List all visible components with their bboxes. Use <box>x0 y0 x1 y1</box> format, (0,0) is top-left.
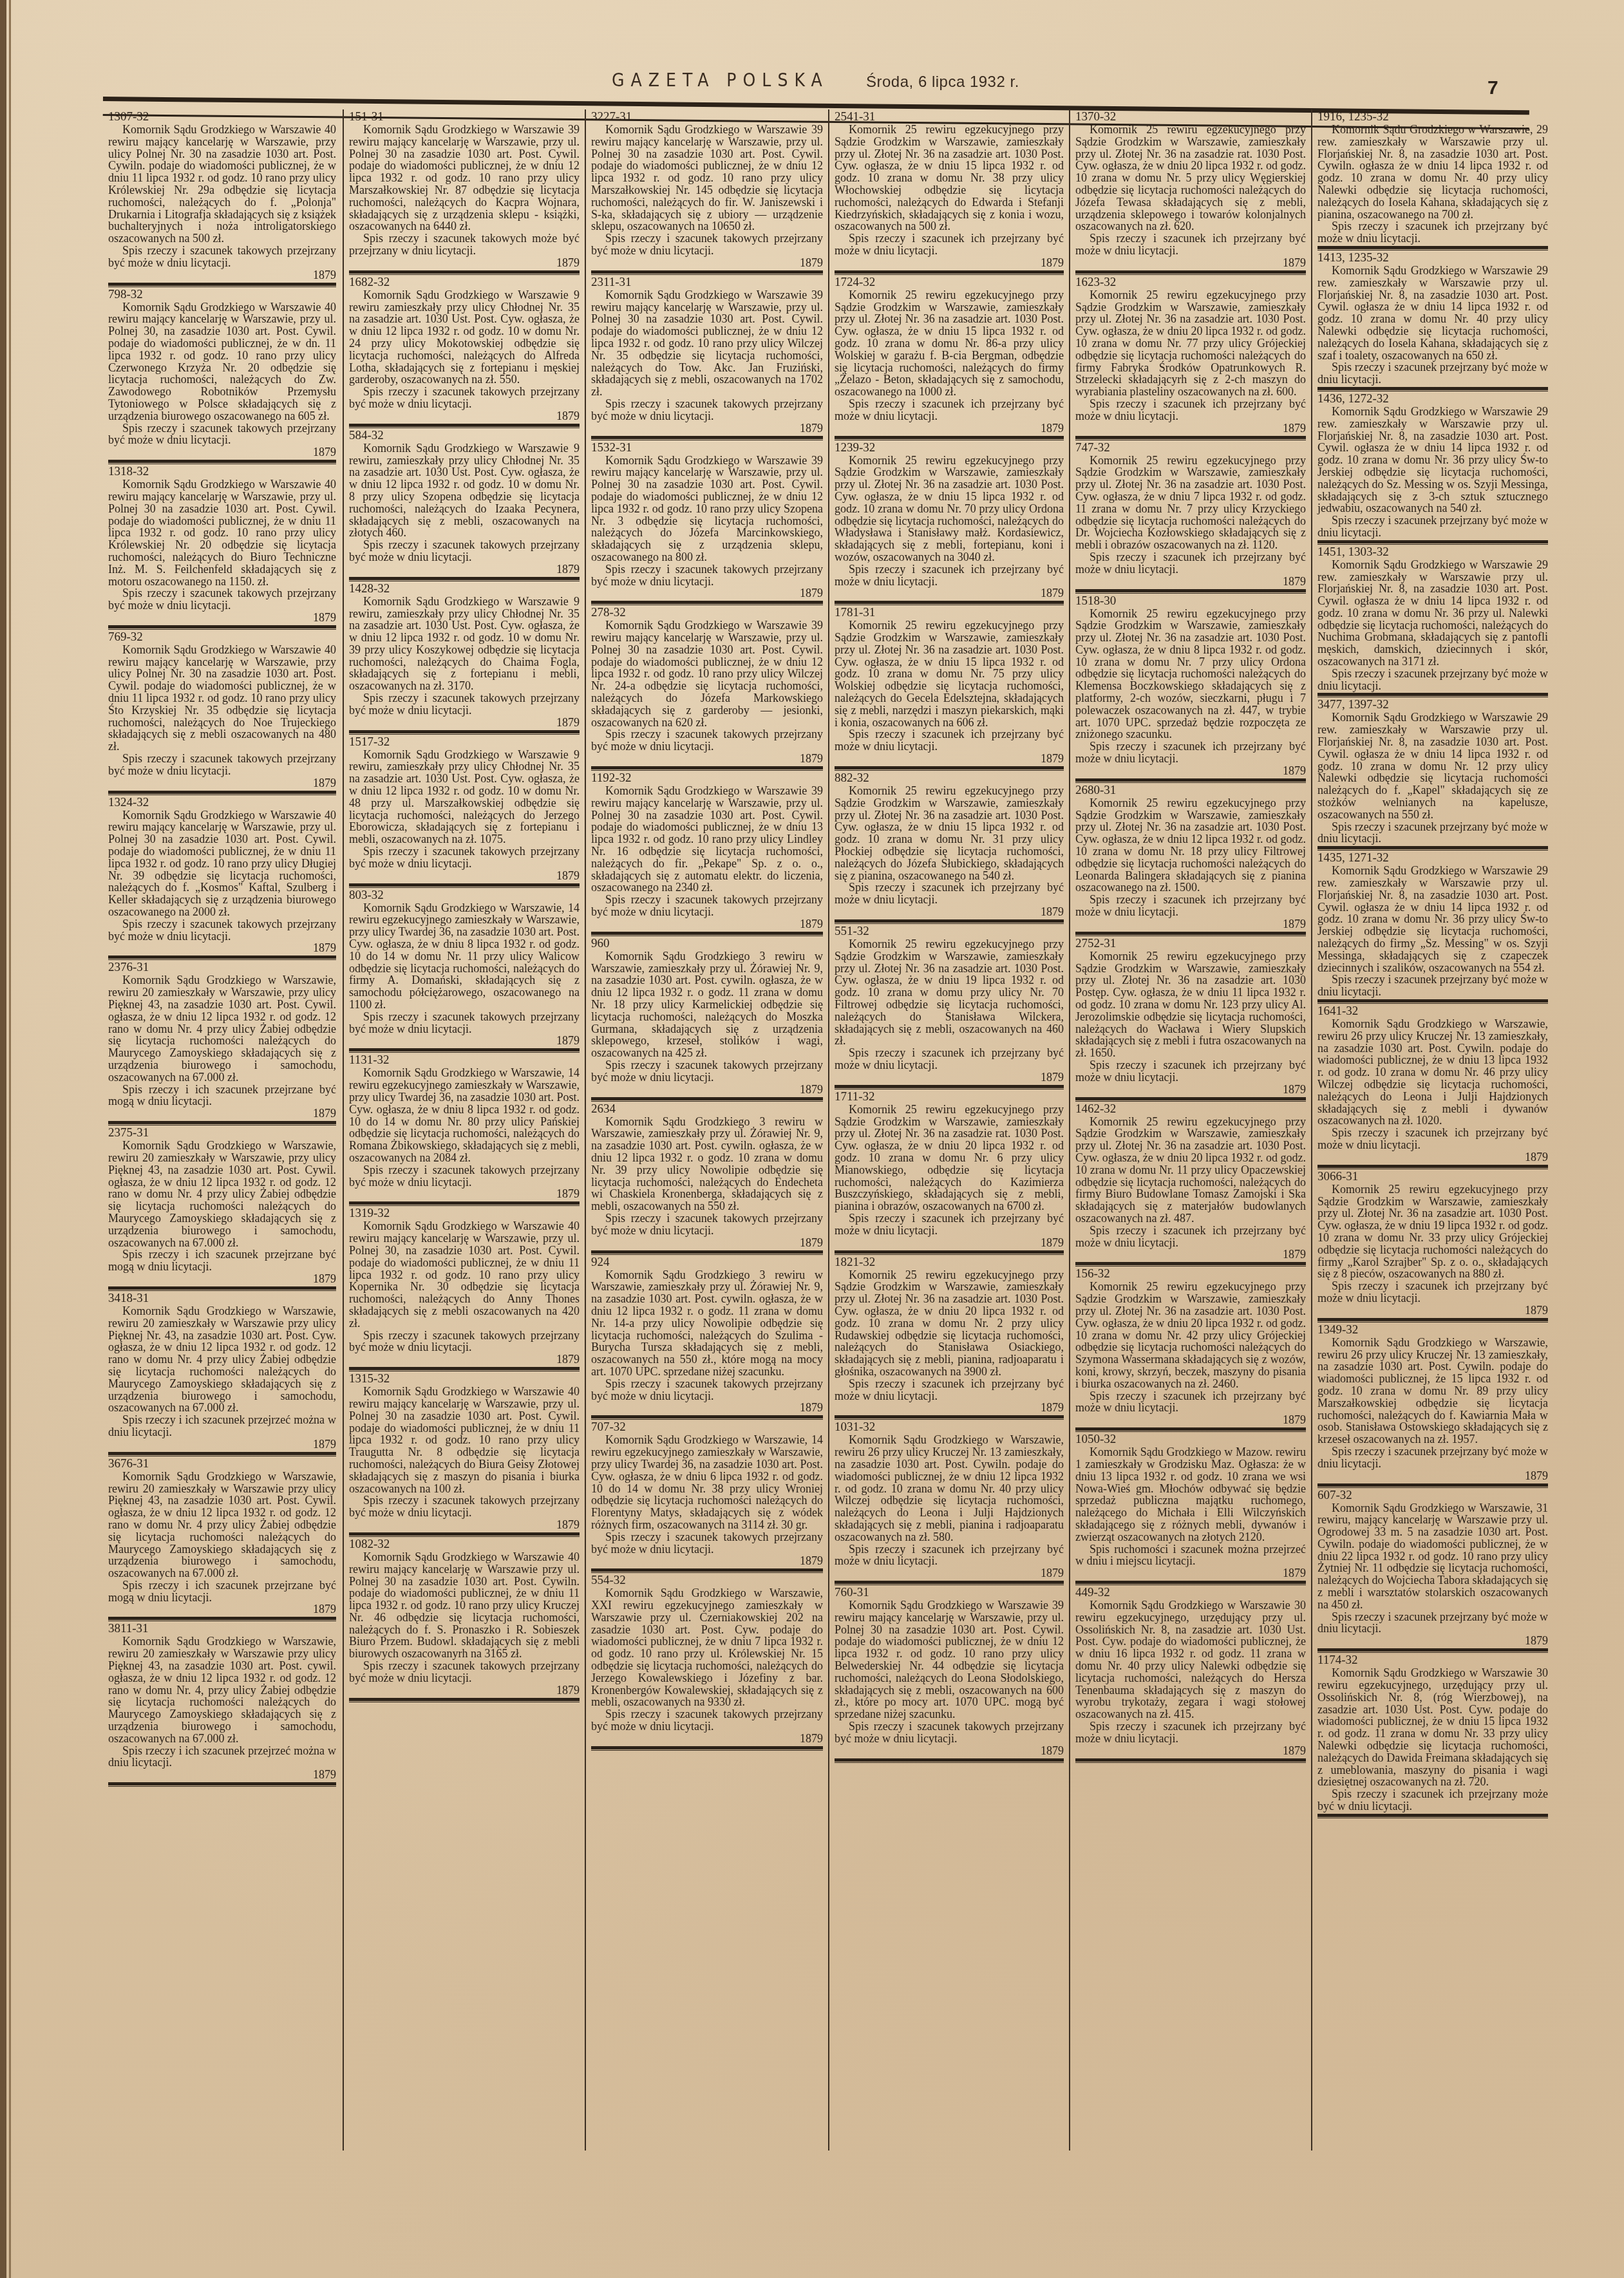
notice-code: 1879 <box>1075 576 1306 588</box>
notice-number: 960 <box>591 937 823 950</box>
notice-body: Komornik Sądu Grodzkiego w Warszawie 29 … <box>1317 559 1548 668</box>
legal-notice: 1428-32Komornik Sądu Grodzkiego w Warsza… <box>344 583 583 735</box>
notice-inventory-note: Spis rzeczy i szacunek ich przejrzany by… <box>835 728 1064 753</box>
notice-body: Komornik Sądu Grodzkiego w Warszawie, 14… <box>349 1067 580 1163</box>
notice-inventory-note: Spis rzeczy i szacunek takowych przejrza… <box>591 563 823 588</box>
notice-number: 1462-32 <box>1075 1103 1306 1116</box>
notice-number: 607-32 <box>1317 1489 1548 1502</box>
notice-separator-rule <box>108 1617 336 1621</box>
notice-separator-rule <box>835 1581 1064 1585</box>
notice-code: 1879 <box>349 870 580 882</box>
legal-notice: 3418-31Komornik Sądu Grodzkiego w Warsza… <box>103 1292 340 1456</box>
notice-body: Komornik Sądu Grodzkiego w Warszawie 39 … <box>591 455 823 563</box>
notice-code: 1879 <box>108 1603 336 1615</box>
notice-body: Komornik Sądu Grodzkiego w Warszawie, re… <box>108 1140 336 1248</box>
notice-number: 1413, 1235-32 <box>1317 252 1548 265</box>
notice-separator-rule <box>1317 846 1548 851</box>
legal-notice: 1239-32Komornik 25 rewiru egzekucyjnego … <box>829 442 1068 606</box>
notice-code: 1879 <box>591 1555 823 1567</box>
notice-code: 1879 <box>591 1402 823 1414</box>
notice-number: 1435, 1271-32 <box>1317 852 1548 865</box>
notice-body: Komornik Sądu Grodzkiego w Warszawie 29 … <box>1317 265 1548 361</box>
notice-separator-rule <box>1317 999 1548 1004</box>
notice-separator-rule <box>835 1085 1064 1089</box>
notice-code: 1879 <box>108 1107 336 1120</box>
notice-code: 1879 <box>835 1071 1064 1084</box>
notice-number: 1682-32 <box>349 276 580 289</box>
notice-inventory-note: Spis rzeczy i szacunek ich przejrzany by… <box>835 563 1064 588</box>
notice-code: 1879 <box>1317 1470 1548 1482</box>
notice-body: Komornik Sądu Grodzkiego w Warszawie 40 … <box>108 644 336 753</box>
notice-number: 2376-31 <box>108 961 336 974</box>
notice-inventory-note: Spis rzeczy i szacunek ich przejrzany by… <box>1075 1720 1306 1745</box>
legal-notice: 1192-32Komornik Sądu Grodzkiego w Warsza… <box>586 772 827 936</box>
notice-separator-rule <box>591 270 823 275</box>
notice-body: Komornik Sądu Grodzkiego w Warszawie 39 … <box>591 124 823 232</box>
notice-inventory-note: Spis rzeczy i szacunek przejrzany być mo… <box>1317 668 1548 692</box>
notice-body: Komornik 25 rewiru egzekucyjnego przy Są… <box>835 785 1064 881</box>
notice-separator-rule <box>835 1758 1064 1763</box>
notice-number: 1451, 1303-32 <box>1317 546 1548 559</box>
notice-separator-rule <box>108 1452 336 1456</box>
notice-number: 3227-31 <box>591 111 823 124</box>
notice-separator-rule <box>591 766 823 771</box>
notice-number: 1239-32 <box>835 442 1064 455</box>
notice-body: Komornik Sądu Grodzkiego w Warszawie 9 r… <box>349 289 580 386</box>
notice-separator-rule <box>1075 270 1306 275</box>
legal-notice: 1435, 1271-32Komornik Sądu Grodzkiego w … <box>1312 852 1552 1004</box>
notice-inventory-note: Spis rzeczy i szacunek ich przejrzany by… <box>1075 1390 1306 1415</box>
notice-inventory-note: Spis rzeczy i ich szacunek przejrzane by… <box>108 1084 336 1108</box>
notice-body: Komornik 25 rewiru egzekucyjnego przy Są… <box>835 1269 1064 1378</box>
notice-code: 1879 <box>108 446 336 458</box>
notice-separator-rule <box>591 436 823 440</box>
legal-notice: 1413, 1235-32Komornik Sądu Grodzkiego w … <box>1312 252 1552 391</box>
notice-inventory-note: Spis rzeczy i szacunek takowych przejrza… <box>108 753 336 777</box>
notice-body: Komornik Sądu Grodzkiego w Warszawie 40 … <box>349 1220 580 1329</box>
notice-separator-rule <box>349 883 580 888</box>
notice-code: 1879 <box>1075 1084 1306 1096</box>
notice-separator-rule <box>1317 1165 1548 1169</box>
notice-body: Komornik Sądu Grodzkiego w Warszawie 40 … <box>108 478 336 587</box>
legal-notice: 1724-32Komornik 25 rewiru egzekucyjnego … <box>829 276 1068 440</box>
notice-code: 1879 <box>591 587 823 599</box>
legal-notice: 803-32Komornik Sądu Grodzkiego w Warszaw… <box>344 889 583 1053</box>
notice-number: 3066-31 <box>1317 1171 1548 1183</box>
notice-number: 449-32 <box>1075 1586 1306 1599</box>
notice-body: Komornik 25 rewiru egzekucyjnego przy Są… <box>1075 124 1306 232</box>
legal-notice: 1318-32Komornik Sądu Grodzkiego w Warsza… <box>103 466 340 630</box>
notice-separator-rule <box>1317 1814 1548 1818</box>
notice-inventory-note: Spis rzeczy i ich szacunek przejrzane by… <box>108 1579 336 1604</box>
notice-body: Komornik 25 rewiru egzekucyjnego przy Są… <box>1075 455 1306 551</box>
notice-separator-rule <box>1075 778 1306 783</box>
notice-inventory-note: Spis rzeczy i szacunek ich przejrzany by… <box>1075 232 1306 257</box>
notice-number: 151-31 <box>349 111 580 124</box>
notice-number: 769-32 <box>108 631 336 644</box>
notice-inventory-note: Spis rzeczy i szacunek takowych przejrza… <box>591 398 823 422</box>
notice-separator-rule <box>1075 1758 1306 1763</box>
legal-notice: 882-32Komornik 25 rewiru egzekucyjnego p… <box>829 772 1068 924</box>
binding-edge-line <box>9 0 11 2278</box>
notice-separator-rule <box>349 1048 580 1053</box>
notice-inventory-note: Spis rzeczy i szacunek ich przejrzany by… <box>835 1212 1064 1237</box>
notice-body: Komornik Sądu Grodzkiego w Warszawie 39 … <box>835 1599 1064 1720</box>
notice-code: 1879 <box>349 410 580 422</box>
notice-number: 2634 <box>591 1103 823 1116</box>
notice-code: 1879 <box>1075 1567 1306 1579</box>
notice-body: Komornik 25 rewiru egzekucyjnego przy Są… <box>1075 608 1306 741</box>
notice-body: Komornik Sądu Grodzkiego w Warszawie 40 … <box>108 301 336 422</box>
notice-inventory-note: Spis rzeczy i szacunek ich przejrzany by… <box>1075 894 1306 918</box>
column-2: 151-31Komornik Sądu Grodzkiego w Warszaw… <box>343 109 583 2151</box>
notice-inventory-note: Spis rzeczy i szacunek takowych przejrza… <box>591 1378 823 1402</box>
notice-inventory-note: Spis rzeczy i szacunek takowych przejrza… <box>108 587 336 612</box>
notice-body: Komornik Sądu Grodzkiego w Warszawie, 14… <box>591 1434 823 1530</box>
legal-notice: 2752-31Komornik 25 rewiru egzekucyjnego … <box>1070 937 1310 1102</box>
notice-body: Komornik Sądu Grodzkiego w Warszawie, re… <box>108 1305 336 1414</box>
notice-number: 1050-32 <box>1075 1433 1306 1446</box>
column-5: 1370-32Komornik 25 rewiru egzekucyjnego … <box>1069 109 1310 2151</box>
notice-number: 882-32 <box>835 772 1064 785</box>
notice-code: 1879 <box>1075 257 1306 269</box>
notice-number: 1174-32 <box>1317 1654 1548 1667</box>
column-3: 3227-31Komornik Sądu Grodzkiego w Warsza… <box>585 109 827 2151</box>
notice-body: Komornik 25 rewiru egzekucyjnego przy Są… <box>1317 1183 1548 1280</box>
legal-notice: 1436, 1272-32Komornik Sądu Grodzkiego w … <box>1312 393 1552 545</box>
notice-body: Komornik Sądu Grodzkiego w Warszawie 30 … <box>1317 1667 1548 1788</box>
notice-inventory-note: Spis rzeczy i szacunek ich przejrzany by… <box>1075 1225 1306 1249</box>
legal-notice: 2680-31Komornik 25 rewiru egzekucyjnego … <box>1070 784 1310 936</box>
notice-number: 1781-31 <box>835 607 1064 619</box>
notice-number: 2375-31 <box>108 1127 336 1140</box>
legal-notice: 1532-31Komornik Sądu Grodzkiego w Warsza… <box>586 442 827 606</box>
column-4: 2541-31Komornik 25 rewiru egzekucyjnego … <box>828 109 1068 2151</box>
notice-inventory-note: Spis rzeczy i szacunek ich przejrzany by… <box>1317 1127 1548 1151</box>
notice-separator-rule <box>1075 932 1306 936</box>
notice-body: Komornik Sądu Grodzkiego 3 rewiru w Wars… <box>591 1269 823 1378</box>
notice-number: 1436, 1272-32 <box>1317 393 1548 406</box>
notice-code: 1879 <box>591 422 823 435</box>
notice-inventory-note: Spis rzeczy i szacunek przejrzany być mo… <box>1317 1611 1548 1635</box>
notice-separator-rule <box>1075 1427 1306 1432</box>
notice-code: 1879 <box>108 942 336 954</box>
notice-number: 1131-32 <box>349 1054 580 1067</box>
notice-body: Komornik Sądu Grodzkiego w Warszawie, re… <box>108 1635 336 1744</box>
notice-separator-rule <box>108 460 336 464</box>
notice-separator-rule <box>1317 1648 1548 1653</box>
notice-separator-rule <box>1075 436 1306 440</box>
legal-notice: 1315-32Komornik Sądu Grodzkiego w Warsza… <box>344 1373 583 1537</box>
notice-number: 1724-32 <box>835 276 1064 289</box>
notice-separator-rule <box>349 270 580 275</box>
masthead: GAZETA POLSKA Środa, 6 lipca 1932 r. 7 <box>97 70 1533 95</box>
notice-number: 3676-31 <box>108 1458 336 1471</box>
notice-number: 3418-31 <box>108 1292 336 1305</box>
notice-number: 1532-31 <box>591 442 823 455</box>
notice-separator-rule <box>1075 1097 1306 1102</box>
notice-code: 1879 <box>835 753 1064 765</box>
notice-code: 1879 <box>1317 1151 1548 1163</box>
legal-notice: 151-31Komornik Sądu Grodzkiego w Warszaw… <box>344 111 583 275</box>
notice-separator-rule <box>835 919 1064 924</box>
notice-body: Komornik Sądu Grodzkiego w Warszawie 40 … <box>349 1386 580 1494</box>
legal-notice: 3811-31Komornik Sądu Grodzkiego w Warsza… <box>103 1623 340 1787</box>
notice-code: 1879 <box>349 1188 580 1200</box>
notice-number: 1319-32 <box>349 1207 580 1220</box>
notice-code: 1879 <box>591 918 823 930</box>
notice-code: 1879 <box>1075 1248 1306 1261</box>
notice-body: Komornik Sądu Grodzkiego w Warszawie, 14… <box>349 902 580 1011</box>
notice-body: Komornik Sądu Grodzkiego w Warszawie, re… <box>108 1471 336 1579</box>
notice-separator-rule <box>1317 540 1548 545</box>
notice-inventory-note: Spis rzeczy i szacunek takowych przejrza… <box>349 1011 580 1035</box>
notice-body: Komornik Sądu Grodzkiego w Warszawie 29 … <box>1317 711 1548 820</box>
notice-inventory-note: Spis rzeczy i szacunek takowych przejrza… <box>349 692 580 717</box>
notice-inventory-note: Spis rzeczy i szacunek ich przejrzany by… <box>1075 398 1306 422</box>
legal-notice: 1517-32Komornik Sądu Grodzkiego w Warsza… <box>344 736 583 888</box>
notice-inventory-note: Spis rzeczy i ich szacunek przejrzane by… <box>108 1248 336 1273</box>
notice-number: 1370-32 <box>1075 111 1306 124</box>
legal-notice: 1462-32Komornik 25 rewiru egzekucyjnego … <box>1070 1103 1310 1267</box>
notice-inventory-note: Spis rzeczy i szacunek takowych przejrza… <box>108 245 336 269</box>
notice-inventory-note: Spis rzeczy i szacunek ich przejrzany by… <box>835 398 1064 422</box>
legal-notice: 1050-32Komornik Sądu Grodzkiego w Mazow.… <box>1070 1433 1310 1585</box>
notice-code: 1879 <box>835 587 1064 599</box>
notice-number: 747-32 <box>1075 442 1306 455</box>
notice-body: Komornik Sądu Grodzkiego 3 rewiru w Wars… <box>591 950 823 1059</box>
notice-number: 924 <box>591 1256 823 1269</box>
notice-separator-rule <box>349 424 580 428</box>
notice-inventory-note: Spis rzeczy i szacunek przejrzany być mo… <box>1317 514 1548 539</box>
notice-inventory-note: Spis ruchomości i szacunek można przejrz… <box>1075 1543 1306 1568</box>
notice-body: Komornik Sądu Grodzkiego w Warszawie 40 … <box>349 1551 580 1660</box>
notice-inventory-note: Spis rzeczy i szacunek ich przejrzany by… <box>1075 740 1306 765</box>
notice-number: 1518-30 <box>1075 595 1306 608</box>
legal-notice: 1307-32Komornik Sądu Grodzkiego w Warsza… <box>103 111 340 287</box>
notice-number: 1428-32 <box>349 583 580 596</box>
notice-body: Komornik Sądu Grodzkiego w Warszawie 39 … <box>591 289 823 398</box>
notice-separator-rule <box>108 1121 336 1125</box>
legal-notice: 1082-32Komornik Sądu Grodzkiego w Warsza… <box>344 1538 583 1702</box>
notice-body: Komornik Sądu Grodzkiego w Mazow. rewiru… <box>1075 1446 1306 1543</box>
notice-inventory-note: Spis rzeczy i szacunek ich przejrzany by… <box>1075 1059 1306 1084</box>
notice-number: 1192-32 <box>591 772 823 785</box>
notice-body: Komornik Sądu Grodzkiego w Warszawie 39 … <box>349 124 580 232</box>
notice-separator-rule <box>835 270 1064 275</box>
notice-code: 1879 <box>1075 765 1306 777</box>
notice-separator-rule <box>591 1568 823 1573</box>
notice-separator-rule <box>1317 1318 1548 1323</box>
notice-body: Komornik Sądu Grodzkiego w Warszawie 29 … <box>1317 406 1548 514</box>
notice-number: 1031-32 <box>835 1421 1064 1434</box>
notice-body: Komornik Sądu Grodzkiego w Warszawie 40 … <box>108 124 336 245</box>
notice-body: Komornik 25 rewiru egzekucyjnego przy Są… <box>1075 1116 1306 1225</box>
legal-notice: 1781-31Komornik 25 rewiru egzekucyjnego … <box>829 607 1068 771</box>
notice-inventory-note: Spis rzeczy i szacunek takowych może być… <box>349 232 580 257</box>
notice-code: 1879 <box>349 257 580 269</box>
legal-notice: 1518-30Komornik 25 rewiru egzekucyjnego … <box>1070 595 1310 783</box>
newspaper-title: GAZETA POLSKA <box>612 70 829 91</box>
notice-body: Komornik Sądu Grodzkiego w Warszawie 29 … <box>1317 865 1548 974</box>
notice-separator-rule <box>1075 1262 1306 1266</box>
notice-number: 3811-31 <box>108 1623 336 1635</box>
notice-code: 1879 <box>591 753 823 765</box>
notice-separator-rule <box>349 1532 580 1537</box>
legal-notice: 607-32Komornik Sądu Grodzkiego w Warszaw… <box>1312 1489 1552 1653</box>
notice-number: 278-32 <box>591 607 823 619</box>
notice-code: 1879 <box>349 563 580 576</box>
legal-notice: 1711-32Komornik 25 rewiru egzekucyjnego … <box>829 1091 1068 1255</box>
notice-separator-rule <box>1317 387 1548 391</box>
legal-notice: 3676-31Komornik Sądu Grodzkiego w Warsza… <box>103 1458 340 1622</box>
legal-notice: 449-32Komornik Sądu Grodzkiego w Warszaw… <box>1070 1586 1310 1763</box>
notice-number: 584-32 <box>349 429 580 442</box>
legal-notice: 2376-31Komornik Sądu Grodzkiego w Warsza… <box>103 961 340 1125</box>
notice-separator-rule <box>1317 693 1548 697</box>
notice-inventory-note: Spis rzeczy i szacunek przejrzany być mo… <box>1317 821 1548 845</box>
legal-notice: 798-32Komornik Sądu Grodzkiego w Warszaw… <box>103 288 340 465</box>
notice-body: Komornik 25 rewiru egzekucyjnego przy Są… <box>1075 797 1306 894</box>
legal-notice: 1451, 1303-32Komornik Sądu Grodzkiego w … <box>1312 546 1552 698</box>
legal-notice: 2634Komornik Sądu Grodzkiego 3 rewiru w … <box>586 1103 827 1255</box>
notice-body: Komornik 25 rewiru egzekucyjnego przy Są… <box>835 619 1064 728</box>
notice-number: 3477, 1397-32 <box>1317 699 1548 711</box>
notice-separator-rule <box>591 932 823 936</box>
legal-notice: 924Komornik Sądu Grodzkiego 3 rewiru w W… <box>586 1256 827 1420</box>
notice-body: Komornik Sądu Grodzkiego w Warszawie, 31… <box>1317 1502 1548 1611</box>
notice-code: 1879 <box>349 1684 580 1697</box>
notice-body: Komornik Sądu Grodzkiego w Warszawie, 29… <box>1317 124 1548 220</box>
notice-number: 156-32 <box>1075 1268 1306 1281</box>
notice-separator-rule <box>591 1746 823 1751</box>
notice-separator-rule <box>349 577 580 581</box>
notice-separator-rule <box>591 1415 823 1420</box>
notice-separator-rule <box>1317 246 1548 250</box>
notice-inventory-note: Spis rzeczy i szacunek ich przejrzany by… <box>835 1543 1064 1568</box>
notice-body: Komornik Sądu Grodzkiego w Warszawie 40 … <box>108 809 336 918</box>
notice-number: 1307-32 <box>108 111 336 124</box>
notice-code: 1879 <box>1317 1635 1548 1647</box>
notice-separator-rule <box>835 436 1064 440</box>
legal-notice: 1349-32Komornik Sądu Grodzkiego w Warsza… <box>1312 1324 1552 1488</box>
binding-edge <box>0 0 6 2278</box>
notice-number: 2752-31 <box>1075 937 1306 950</box>
notice-body: Komornik 25 rewiru egzekucyjnego przy Są… <box>835 938 1064 1047</box>
notice-inventory-note: Spis rzeczy i szacunek ich przejrzany by… <box>1317 1280 1548 1304</box>
notice-inventory-note: Spis rzeczy i ich szacunek przejrzeć moż… <box>108 1414 336 1438</box>
notice-inventory-note: Spis rzeczy i szacunek ich przejrzany by… <box>835 1047 1064 1071</box>
notice-body: Komornik 25 rewiru egzekucyjnego przy Są… <box>1075 950 1306 1059</box>
notice-code: 1879 <box>1075 918 1306 930</box>
notice-number: 1711-32 <box>835 1091 1064 1104</box>
notice-body: Komornik Sądu Grodzkiego w Warszawie 30 … <box>1075 1599 1306 1720</box>
legal-notice: 554-32Komornik Sądu Grodzkiego w Warszaw… <box>586 1574 827 1751</box>
notice-code: 1879 <box>1075 422 1306 435</box>
legal-notice: 707-32Komornik Sądu Grodzkiego w Warszaw… <box>586 1421 827 1573</box>
notice-separator-rule <box>349 1201 580 1206</box>
notice-separator-rule <box>1317 1483 1548 1488</box>
notice-code: 1879 <box>591 1237 823 1249</box>
notice-columns: 1307-32Komornik Sądu Grodzkiego w Warsza… <box>103 109 1539 2151</box>
notice-code: 1879 <box>349 1035 580 1047</box>
notice-code: 1879 <box>591 1733 823 1745</box>
notice-inventory-note: Spis rzeczy i szacunek takowych przejrza… <box>108 422 336 447</box>
notice-inventory-note: Spis rzeczy i szacunek ich przejrzany mo… <box>1317 1788 1548 1812</box>
notice-code: 1879 <box>835 1567 1064 1579</box>
notice-inventory-note: Spis rzeczy i szacunek takowych przejrza… <box>591 1212 823 1237</box>
legal-notice: 3066-31Komornik 25 rewiru egzekucyjnego … <box>1312 1171 1552 1323</box>
notice-separator-rule <box>1075 1581 1306 1585</box>
notice-inventory-note: Spis rzeczy i szacunek takowych przejrza… <box>591 894 823 918</box>
notice-separator-rule <box>108 1286 336 1291</box>
notice-inventory-note: Spis rzeczy i szacunek przejrzany być mo… <box>1317 1445 1548 1470</box>
legal-notice: 760-31Komornik Sądu Grodzkiego w Warszaw… <box>829 1586 1068 1763</box>
notice-number: 760-31 <box>835 1586 1064 1599</box>
notice-number: 1916, 1235-32 <box>1317 111 1548 124</box>
notice-code: 1879 <box>1075 1414 1306 1426</box>
notice-inventory-note: Spis rzeczy i szacunek takowych przejrza… <box>108 918 336 943</box>
notice-code: 1879 <box>1075 1745 1306 1757</box>
notice-number: 1082-32 <box>349 1538 580 1551</box>
notice-inventory-note: Spis rzeczy i szacunek takowych przejrza… <box>349 1660 580 1684</box>
notice-inventory-note: Spis rzeczy i szacunek ich przejrzany by… <box>1317 220 1548 245</box>
legal-notice: 278-32Komornik Sądu Grodzkiego w Warszaw… <box>586 607 827 771</box>
notice-body: Komornik Sądu Grodzkiego w Warszawie, re… <box>835 1434 1064 1543</box>
notice-separator-rule <box>835 1250 1064 1255</box>
notice-code: 1879 <box>1317 1304 1548 1317</box>
notice-body: Komornik 25 rewiru egzekucyjnego przy Są… <box>835 124 1064 232</box>
notice-number: 1821-32 <box>835 1256 1064 1269</box>
notice-inventory-note: Spis rzeczy i szacunek takowych przejrza… <box>835 1720 1064 1745</box>
notice-body: Komornik 25 rewiru egzekucyjnego przy Są… <box>1075 289 1306 398</box>
notice-code: 1879 <box>349 1519 580 1531</box>
notice-body: Komornik Sądu Grodzkiego 3 rewiru w Wars… <box>591 1116 823 1212</box>
notice-separator-rule <box>349 1367 580 1371</box>
notice-inventory-note: Spis rzeczy i szacunek takowych przejrza… <box>349 1164 580 1189</box>
issue-date: Środa, 6 lipca 1932 r. <box>866 73 1019 91</box>
notice-separator-rule <box>349 1698 580 1702</box>
notice-inventory-note: Spis rzeczy i szacunek takowych przejrza… <box>591 1531 823 1556</box>
notice-body: Komornik Sądu Grodzkiego w Warszawie 9 r… <box>349 442 580 539</box>
notice-inventory-note: Spis rzeczy i szacunek ich przejrzany by… <box>835 881 1064 906</box>
legal-notice: 1916, 1235-32Komornik Sądu Grodzkiego w … <box>1312 111 1552 250</box>
notice-number: 707-32 <box>591 1421 823 1434</box>
notice-body: Komornik 25 rewiru egzekucyjnego przy Są… <box>835 1104 1064 1212</box>
notice-number: 551-32 <box>835 925 1064 938</box>
notice-code: 1879 <box>591 1084 823 1096</box>
legal-notice: 1682-32Komornik Sądu Grodzkiego w Warsza… <box>344 276 583 428</box>
notice-number: 803-32 <box>349 889 580 902</box>
page-number: 7 <box>1487 77 1498 99</box>
notice-body: Komornik Sądu Grodzkiego w Warszawie, re… <box>108 974 336 1083</box>
notice-code: 1879 <box>108 1273 336 1285</box>
notice-code: 1879 <box>108 777 336 789</box>
notice-number: 1517-32 <box>349 736 580 749</box>
legal-notice: 3477, 1397-32Komornik Sądu Grodzkiego w … <box>1312 699 1552 851</box>
notice-number: 2311-31 <box>591 276 823 289</box>
column-1: 1307-32Komornik Sądu Grodzkiego w Warsza… <box>103 109 340 2151</box>
notice-number: 554-32 <box>591 1574 823 1587</box>
notice-code: 1879 <box>835 422 1064 435</box>
notice-inventory-note: Spis rzeczy i szacunek przejrzany być mo… <box>1317 974 1548 998</box>
notice-number: 1349-32 <box>1317 1324 1548 1337</box>
notice-inventory-note: Spis rzeczy i szacunek takowych przejrza… <box>591 728 823 753</box>
notice-number: 2680-31 <box>1075 784 1306 797</box>
notice-code: 1879 <box>835 1745 1064 1757</box>
column-6: 1916, 1235-32Komornik Sądu Grodzkiego w … <box>1311 109 1552 2151</box>
notice-body: Komornik Sądu Grodzkiego w Warszawie, re… <box>1317 1018 1548 1127</box>
